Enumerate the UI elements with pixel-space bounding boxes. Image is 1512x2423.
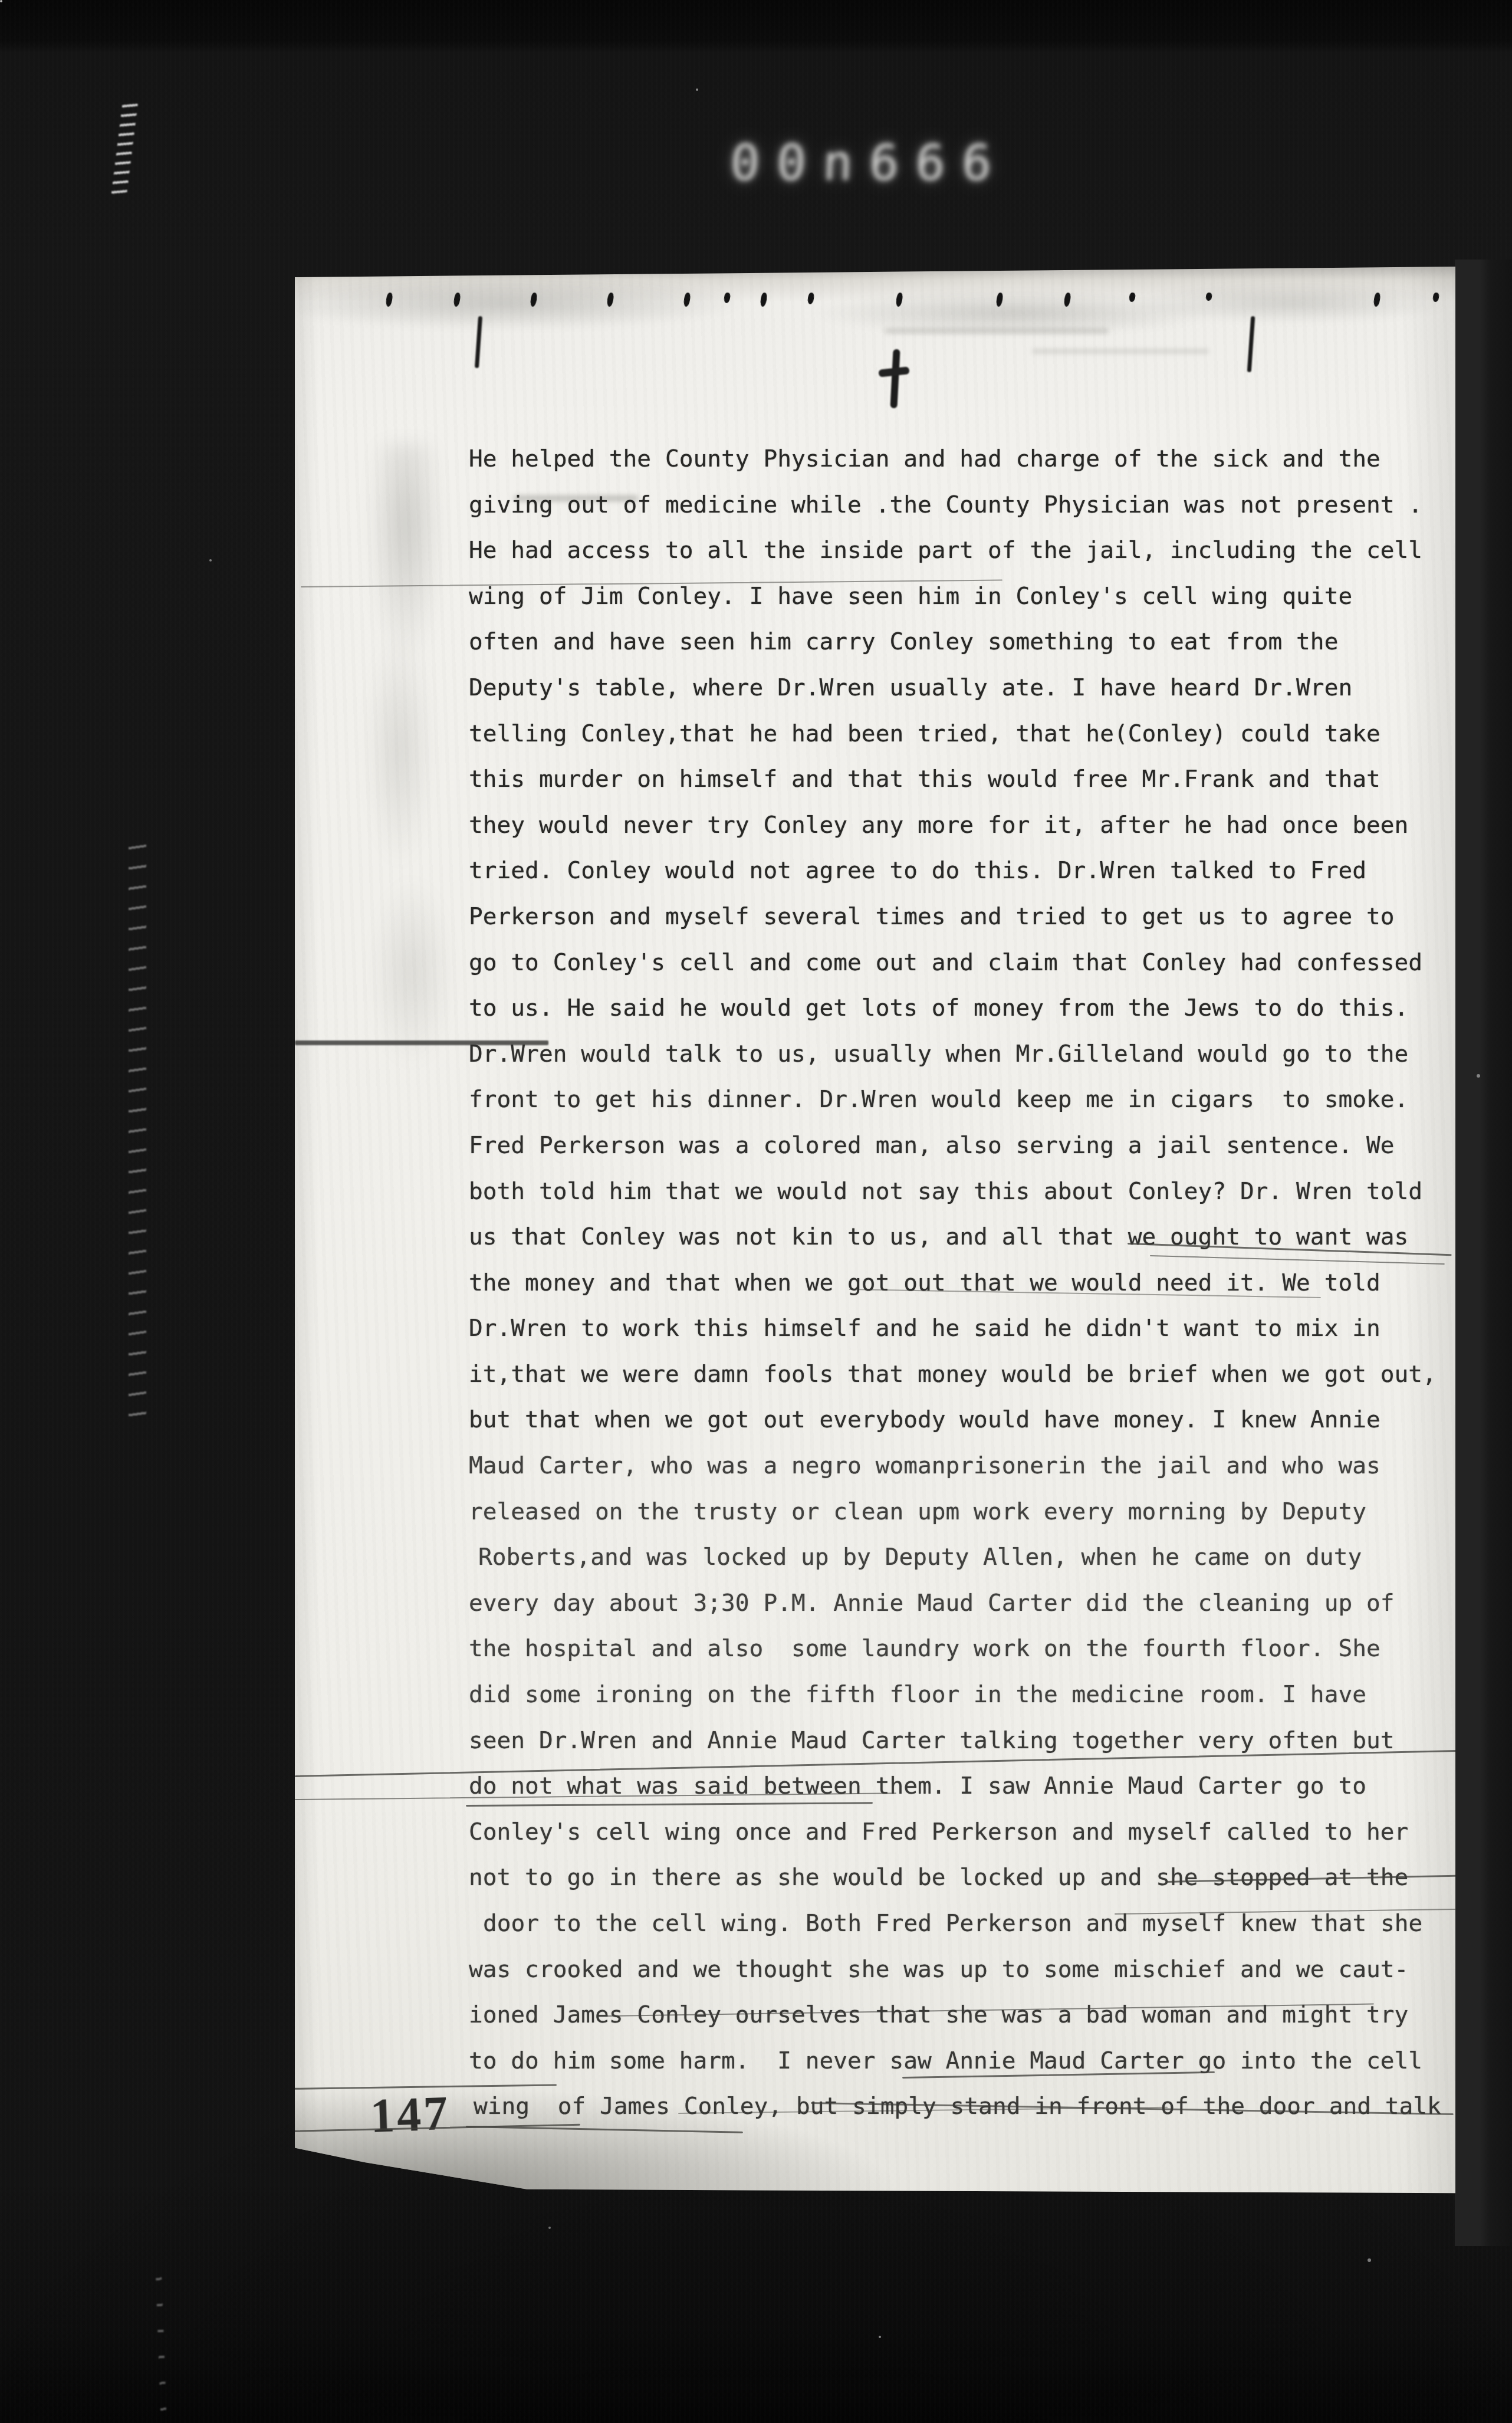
text-line: often and have seen him carry Conley som… <box>469 619 1465 665</box>
text-line: was crooked and we thought she was up to… <box>469 1947 1465 1993</box>
film-edge-scratch <box>129 838 146 1421</box>
text-line: door to the cell wing. Both Fred Perkers… <box>469 1901 1465 1947</box>
text-line: did some ironing on the fifth floor in t… <box>469 1672 1465 1718</box>
text-line: the money and that when we got out that … <box>469 1260 1465 1306</box>
text-line: the hospital and also some laundry work … <box>469 1626 1465 1672</box>
text-line: us that Conley was not kin to us, and al… <box>469 1214 1465 1260</box>
text-line: released on the trusty or clean upm work… <box>469 1489 1465 1535</box>
text-line: tried. Conley would not agree to do this… <box>469 848 1465 894</box>
text-line: but that when we got out everybody would… <box>469 1397 1465 1443</box>
frame-counter-stamp: 00n666 <box>729 133 991 198</box>
left-margin-smudge <box>347 444 465 1122</box>
text-line: telling Conley,that he had been tried, t… <box>469 711 1465 757</box>
pencil-smudge <box>1032 349 1209 353</box>
text-line: Dr.Wren would talk to us, usually when M… <box>469 1032 1465 1078</box>
text-line: Roberts,and was locked up by Deputy Alle… <box>469 1535 1465 1581</box>
text-line: Fred Perkerson was a colored man, also s… <box>469 1123 1465 1169</box>
microfilm-scan: 00n666 He helped the County Physician an… <box>0 0 1512 2423</box>
text-line: it,that we were damn fools that money wo… <box>469 1352 1465 1398</box>
text-line: go to Conley's cell and come out and cla… <box>469 940 1465 986</box>
document-page: He helped the County Physician and had c… <box>295 267 1455 2194</box>
text-line: this murder on himself and that this wou… <box>469 757 1465 803</box>
text-line: Maud Carter, who was a negro womanprison… <box>469 1443 1465 1489</box>
top-edge-smudge <box>295 277 1455 342</box>
typewritten-text: He helped the County Physician and had c… <box>469 436 1465 2130</box>
film-right-margin <box>1455 260 1512 2246</box>
text-line: front to get his dinner. Dr.Wren would k… <box>469 1077 1465 1123</box>
text-line: Deputy's table, where Dr.Wren usually at… <box>469 665 1465 711</box>
text-line: He helped the County Physician and had c… <box>469 436 1465 482</box>
text-line: seen Dr.Wren and Annie Maud Carter talki… <box>469 1718 1465 1764</box>
text-line: do not what was said between them. I saw… <box>469 1764 1465 1810</box>
text-line: Dr.Wren to work this himself and he said… <box>469 1306 1465 1352</box>
text-line: every day about 3;30 P.M. Annie Maud Car… <box>469 1581 1465 1627</box>
text-line: they would never try Conley any more for… <box>469 803 1465 849</box>
text-line: He had access to all the inside part of … <box>469 528 1465 574</box>
page-number: 147 <box>369 2086 451 2144</box>
text-line: Conley's cell wing once and Fred Perkers… <box>469 1810 1465 1856</box>
text-line: giving out of medicine while .the County… <box>469 482 1465 528</box>
text-line: to do him some harm. I never saw Annie M… <box>469 2038 1465 2084</box>
text-line: both told him that we would not say this… <box>469 1169 1465 1215</box>
pencil-smudge <box>885 329 1109 333</box>
text-line: to us. He said he would get lots of mone… <box>469 986 1465 1032</box>
dust-speckles <box>0 0 2 2</box>
text-line: wing of James Conley, but simply stand i… <box>469 2084 1465 2130</box>
text-line: Perkerson and myself several times and t… <box>469 894 1465 940</box>
ink-cross-mark <box>879 349 909 408</box>
